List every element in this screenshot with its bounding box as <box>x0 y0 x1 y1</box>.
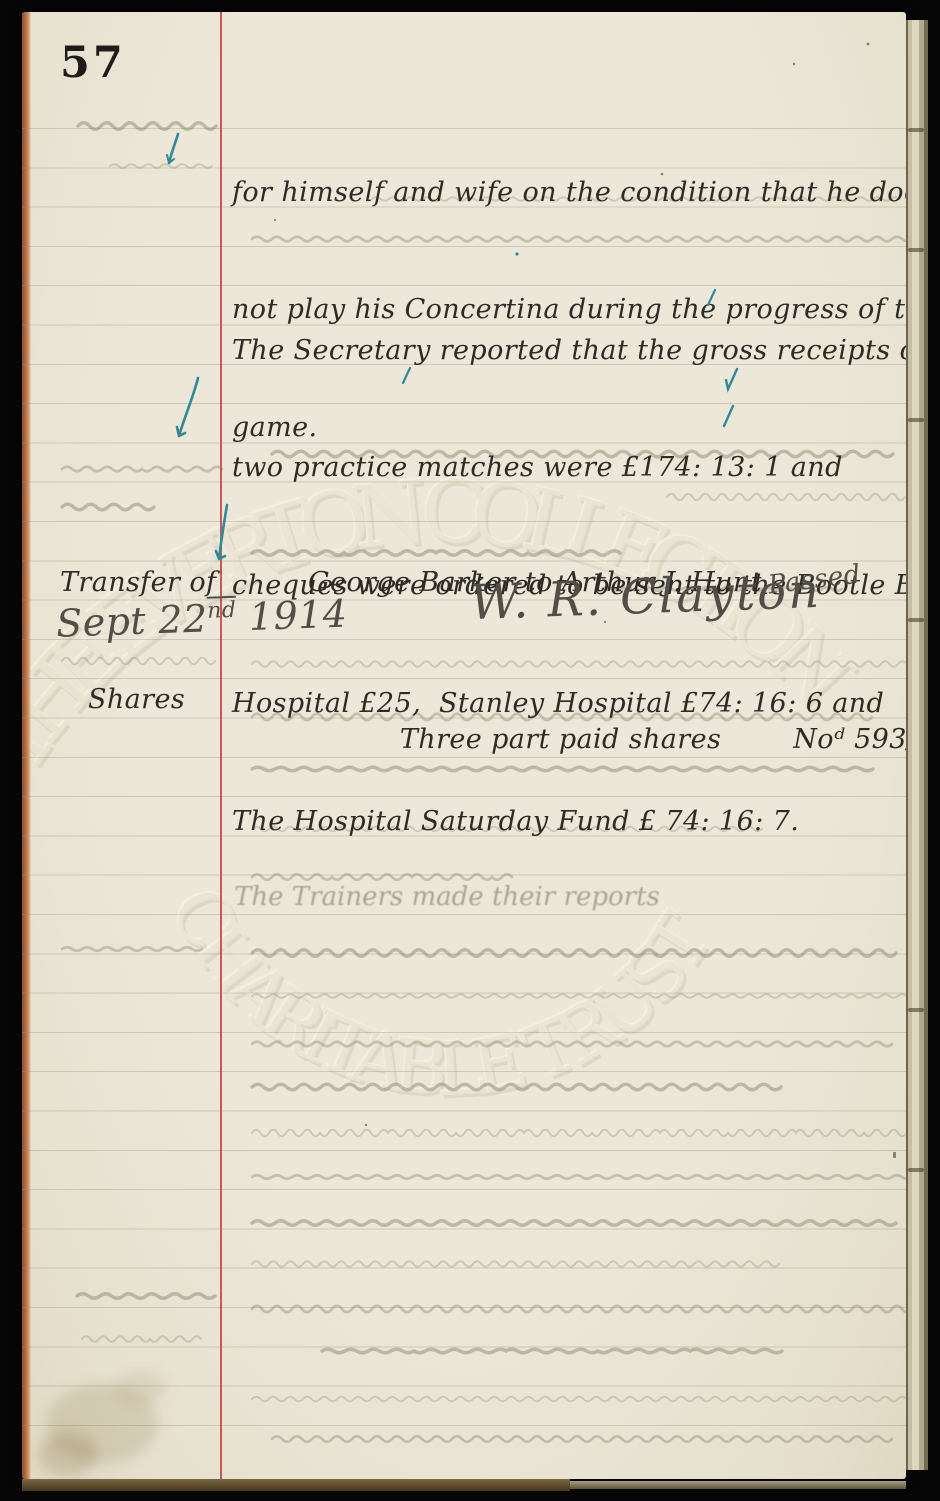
red-margin-line <box>220 12 222 1479</box>
minute-book-page: THE EVERTON COLLECTION THE EVERTON COLLE… <box>22 12 906 1479</box>
share-transfer-entry: George Barker to Arthur J. Hunt Three pa… <box>308 484 906 877</box>
page-bottom-edge <box>570 1481 906 1489</box>
ledger-scan: THE EVERTON COLLECTION THE EVERTON COLLE… <box>0 0 940 1501</box>
date-day: Sept 22 <box>55 596 208 645</box>
transfer-shares-label: Three part paid shares <box>400 724 721 755</box>
page-number: 57 <box>60 38 126 88</box>
page-bottom-edge <box>22 1479 570 1491</box>
book-fore-edge <box>906 20 928 1470</box>
minute-line: two practice matches were £174: 13: 1 an… <box>232 448 906 487</box>
share-numbers: Noᵈ 593/595 <box>793 724 906 755</box>
chairman-signature: W. R. Clayton <box>469 572 821 624</box>
minute-line: for himself and wife on the condition th… <box>232 173 906 212</box>
faded-pencil-line: The Trainers made their reports <box>234 882 660 912</box>
date-annotation: Sept 22nd 1914 <box>55 587 348 644</box>
date-ordinal: nd <box>207 598 237 624</box>
minute-line: The Secretary reported that the gross re… <box>232 331 906 370</box>
date-year: 1914 <box>236 592 348 640</box>
margin-note-line: Shares <box>88 680 216 719</box>
